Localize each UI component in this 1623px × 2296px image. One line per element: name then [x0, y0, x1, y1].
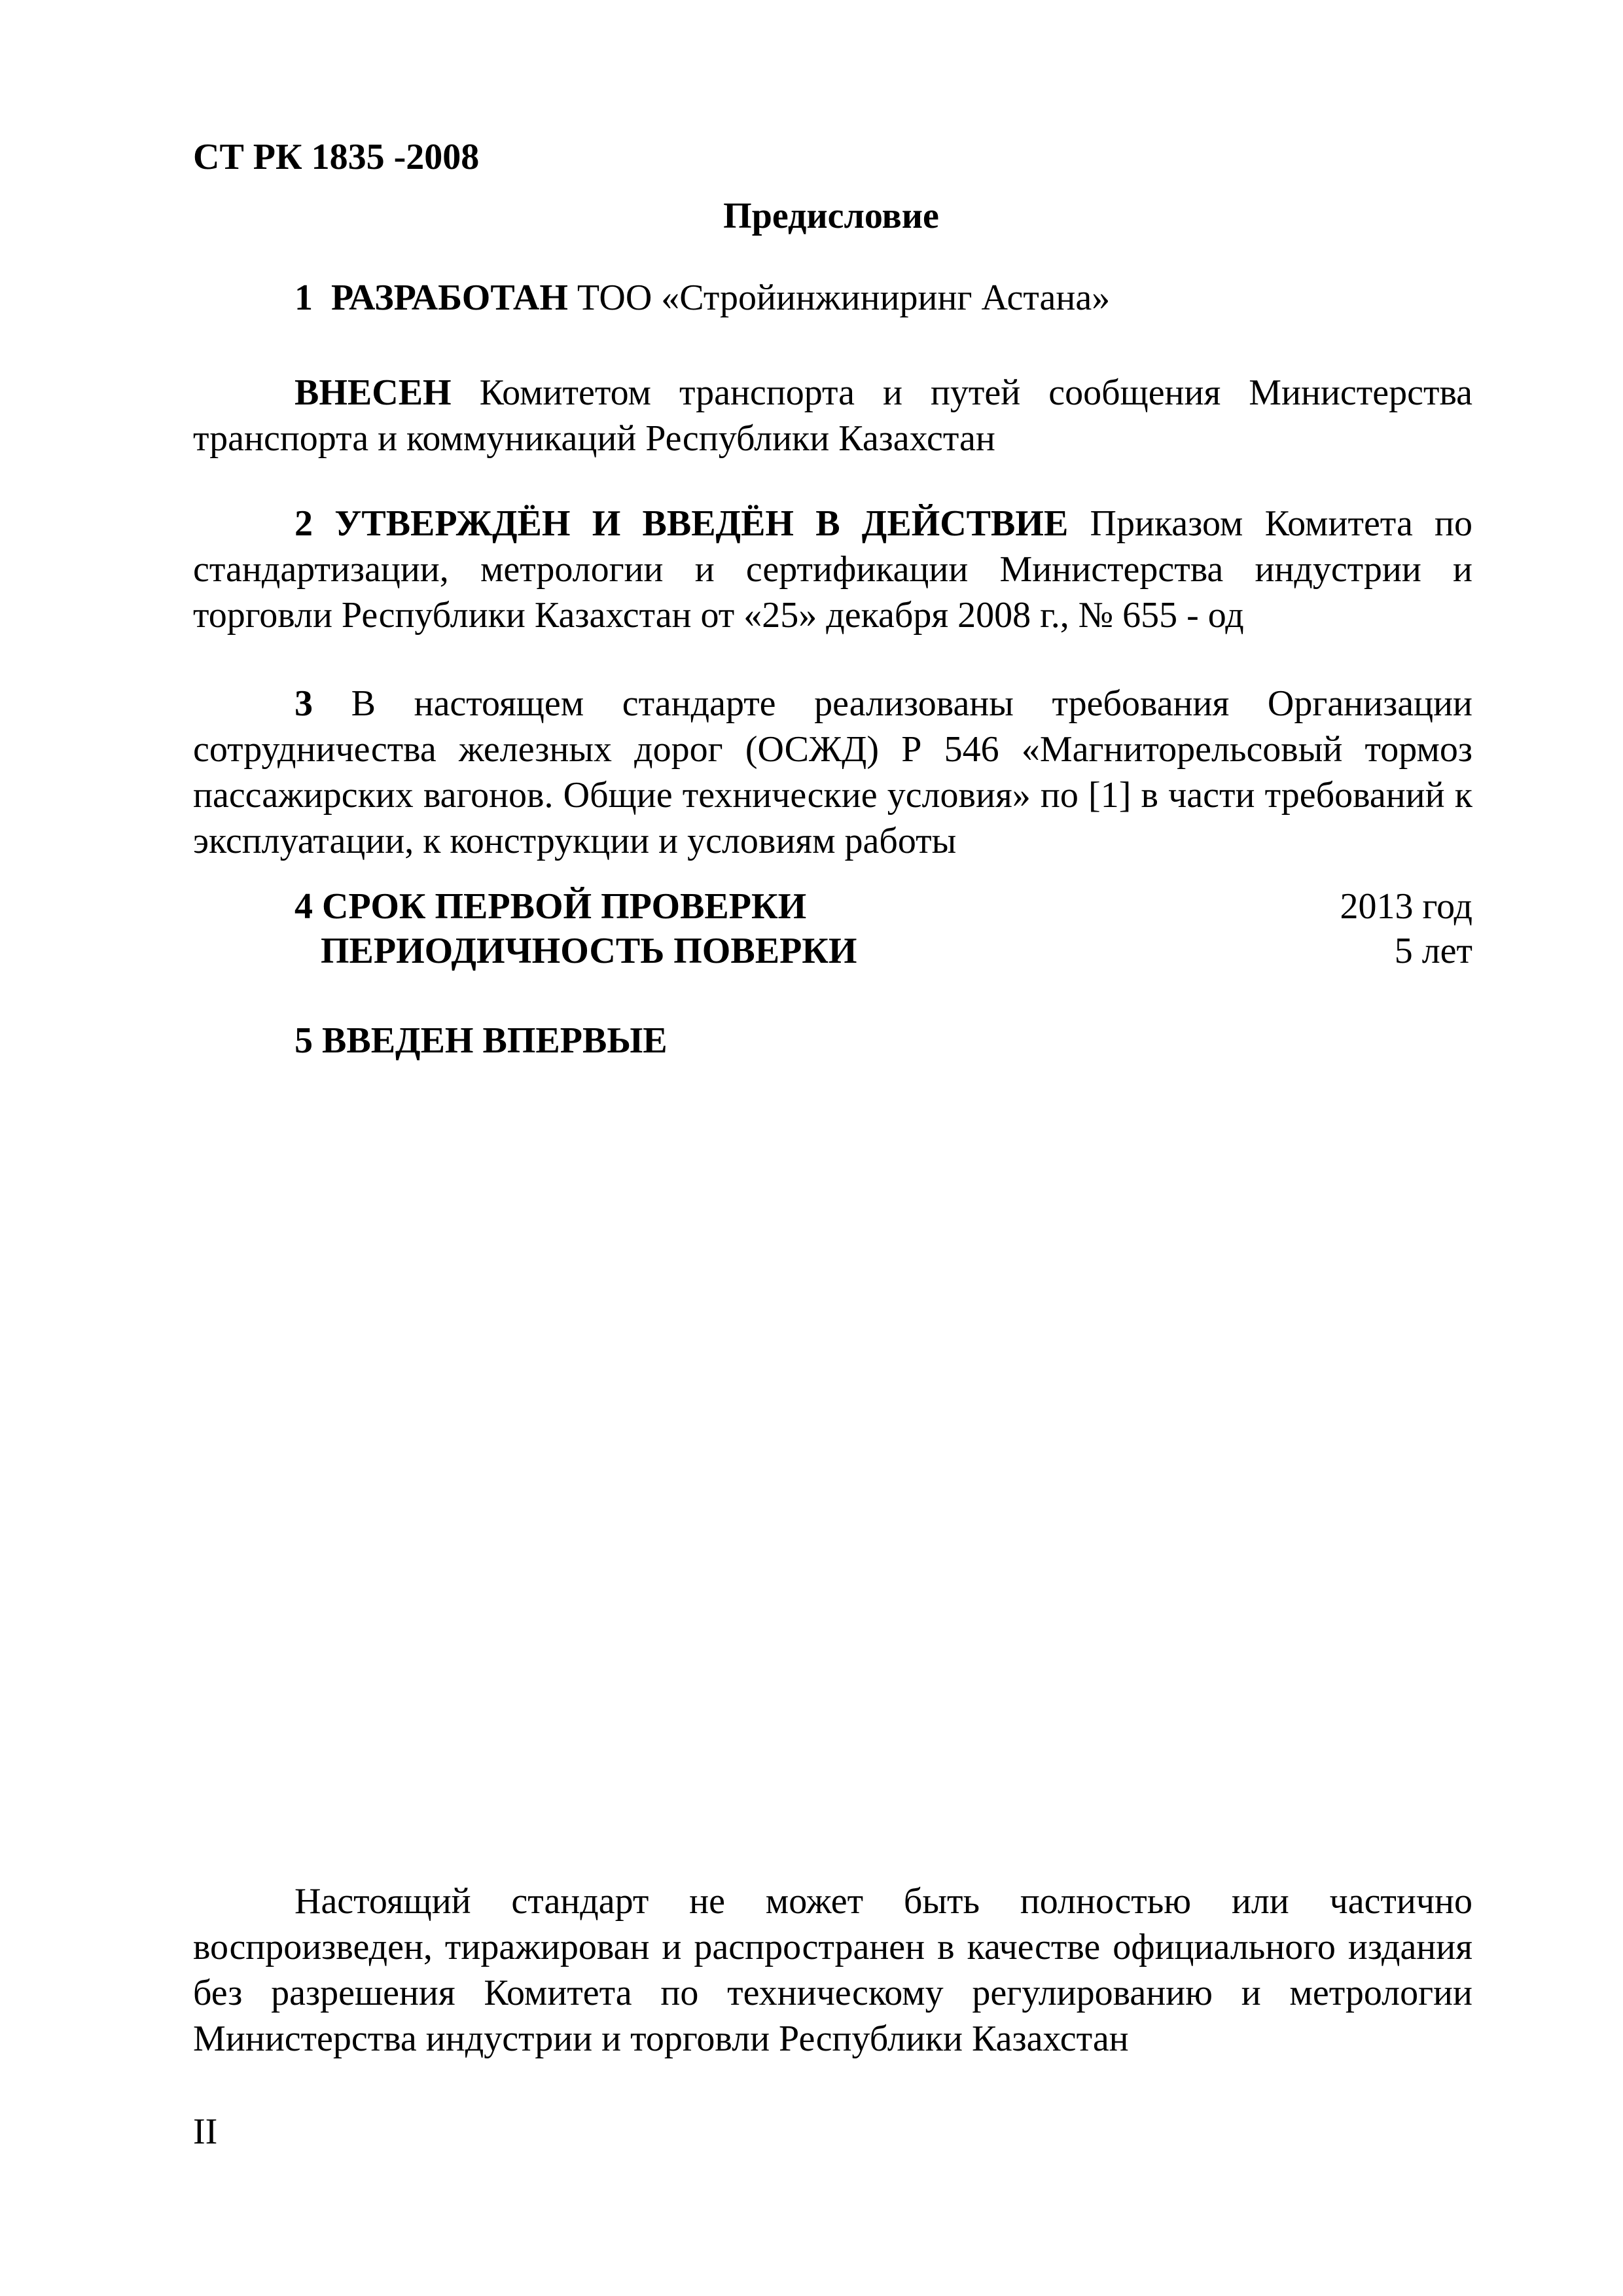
- page-title: Предисловие: [0, 193, 1623, 239]
- section-vnesen: ВНЕСЕН Комитетом транспорта и путей сооб…: [193, 370, 1472, 461]
- first-check-label: 4 СРОК ПЕРВОЙ ПРОВЕРКИ: [294, 886, 806, 927]
- section-3-text: В настоящем стандарте реализованы требов…: [193, 683, 1472, 861]
- section-2-number: 2: [294, 503, 313, 544]
- document-code: СТ РК 1835 -2008: [193, 134, 479, 180]
- section-1-number: 1: [294, 278, 313, 318]
- periodicity-label: ПЕРИОДИЧНОСТЬ ПОВЕРКИ: [294, 931, 857, 971]
- section-5-label: 5 ВВЕДЕН ВПЕРВЫЕ: [294, 1020, 668, 1061]
- document-page: СТ РК 1835 -2008 Предисловие 1 РАЗРАБОТА…: [0, 0, 1623, 2296]
- section-3: 3 В настоящем стандарте реализованы треб…: [193, 681, 1472, 864]
- copyright-notice: Настоящий стандарт не может быть полност…: [193, 1878, 1472, 2062]
- first-check-value: 2013 год: [1340, 884, 1472, 929]
- periodicity-value: 5 лет: [1395, 928, 1472, 974]
- section-1-label: РАЗРАБОТАН: [331, 278, 568, 318]
- periodicity-row: ПЕРИОДИЧНОСТЬ ПОВЕРКИ 5 лет: [294, 928, 1472, 974]
- copyright-notice-text: Настоящий стандарт не может быть полност…: [193, 1881, 1472, 2059]
- section-1-text: ТОО «Стройинжиниринг Астана»: [568, 278, 1110, 318]
- section-5: 5 ВВЕДЕН ВПЕРВЫЕ: [294, 1018, 1472, 1064]
- vnesen-label: ВНЕСЕН: [294, 372, 452, 413]
- section-2: 2 УТВЕРЖДЁН И ВВЕДЁН В ДЕЙСТВИЕ Приказом…: [193, 501, 1472, 638]
- first-check-row: 4 СРОК ПЕРВОЙ ПРОВЕРКИ 2013 год: [294, 884, 1472, 929]
- page-number: II: [193, 2109, 217, 2155]
- section-2-label: УТВЕРЖДЁН И ВВЕДЁН В ДЕЙСТВИЕ: [334, 503, 1068, 544]
- section-1: 1 РАЗРАБОТАН ТОО «Стройинжиниринг Астана…: [193, 275, 1472, 321]
- section-3-number: 3: [294, 683, 313, 724]
